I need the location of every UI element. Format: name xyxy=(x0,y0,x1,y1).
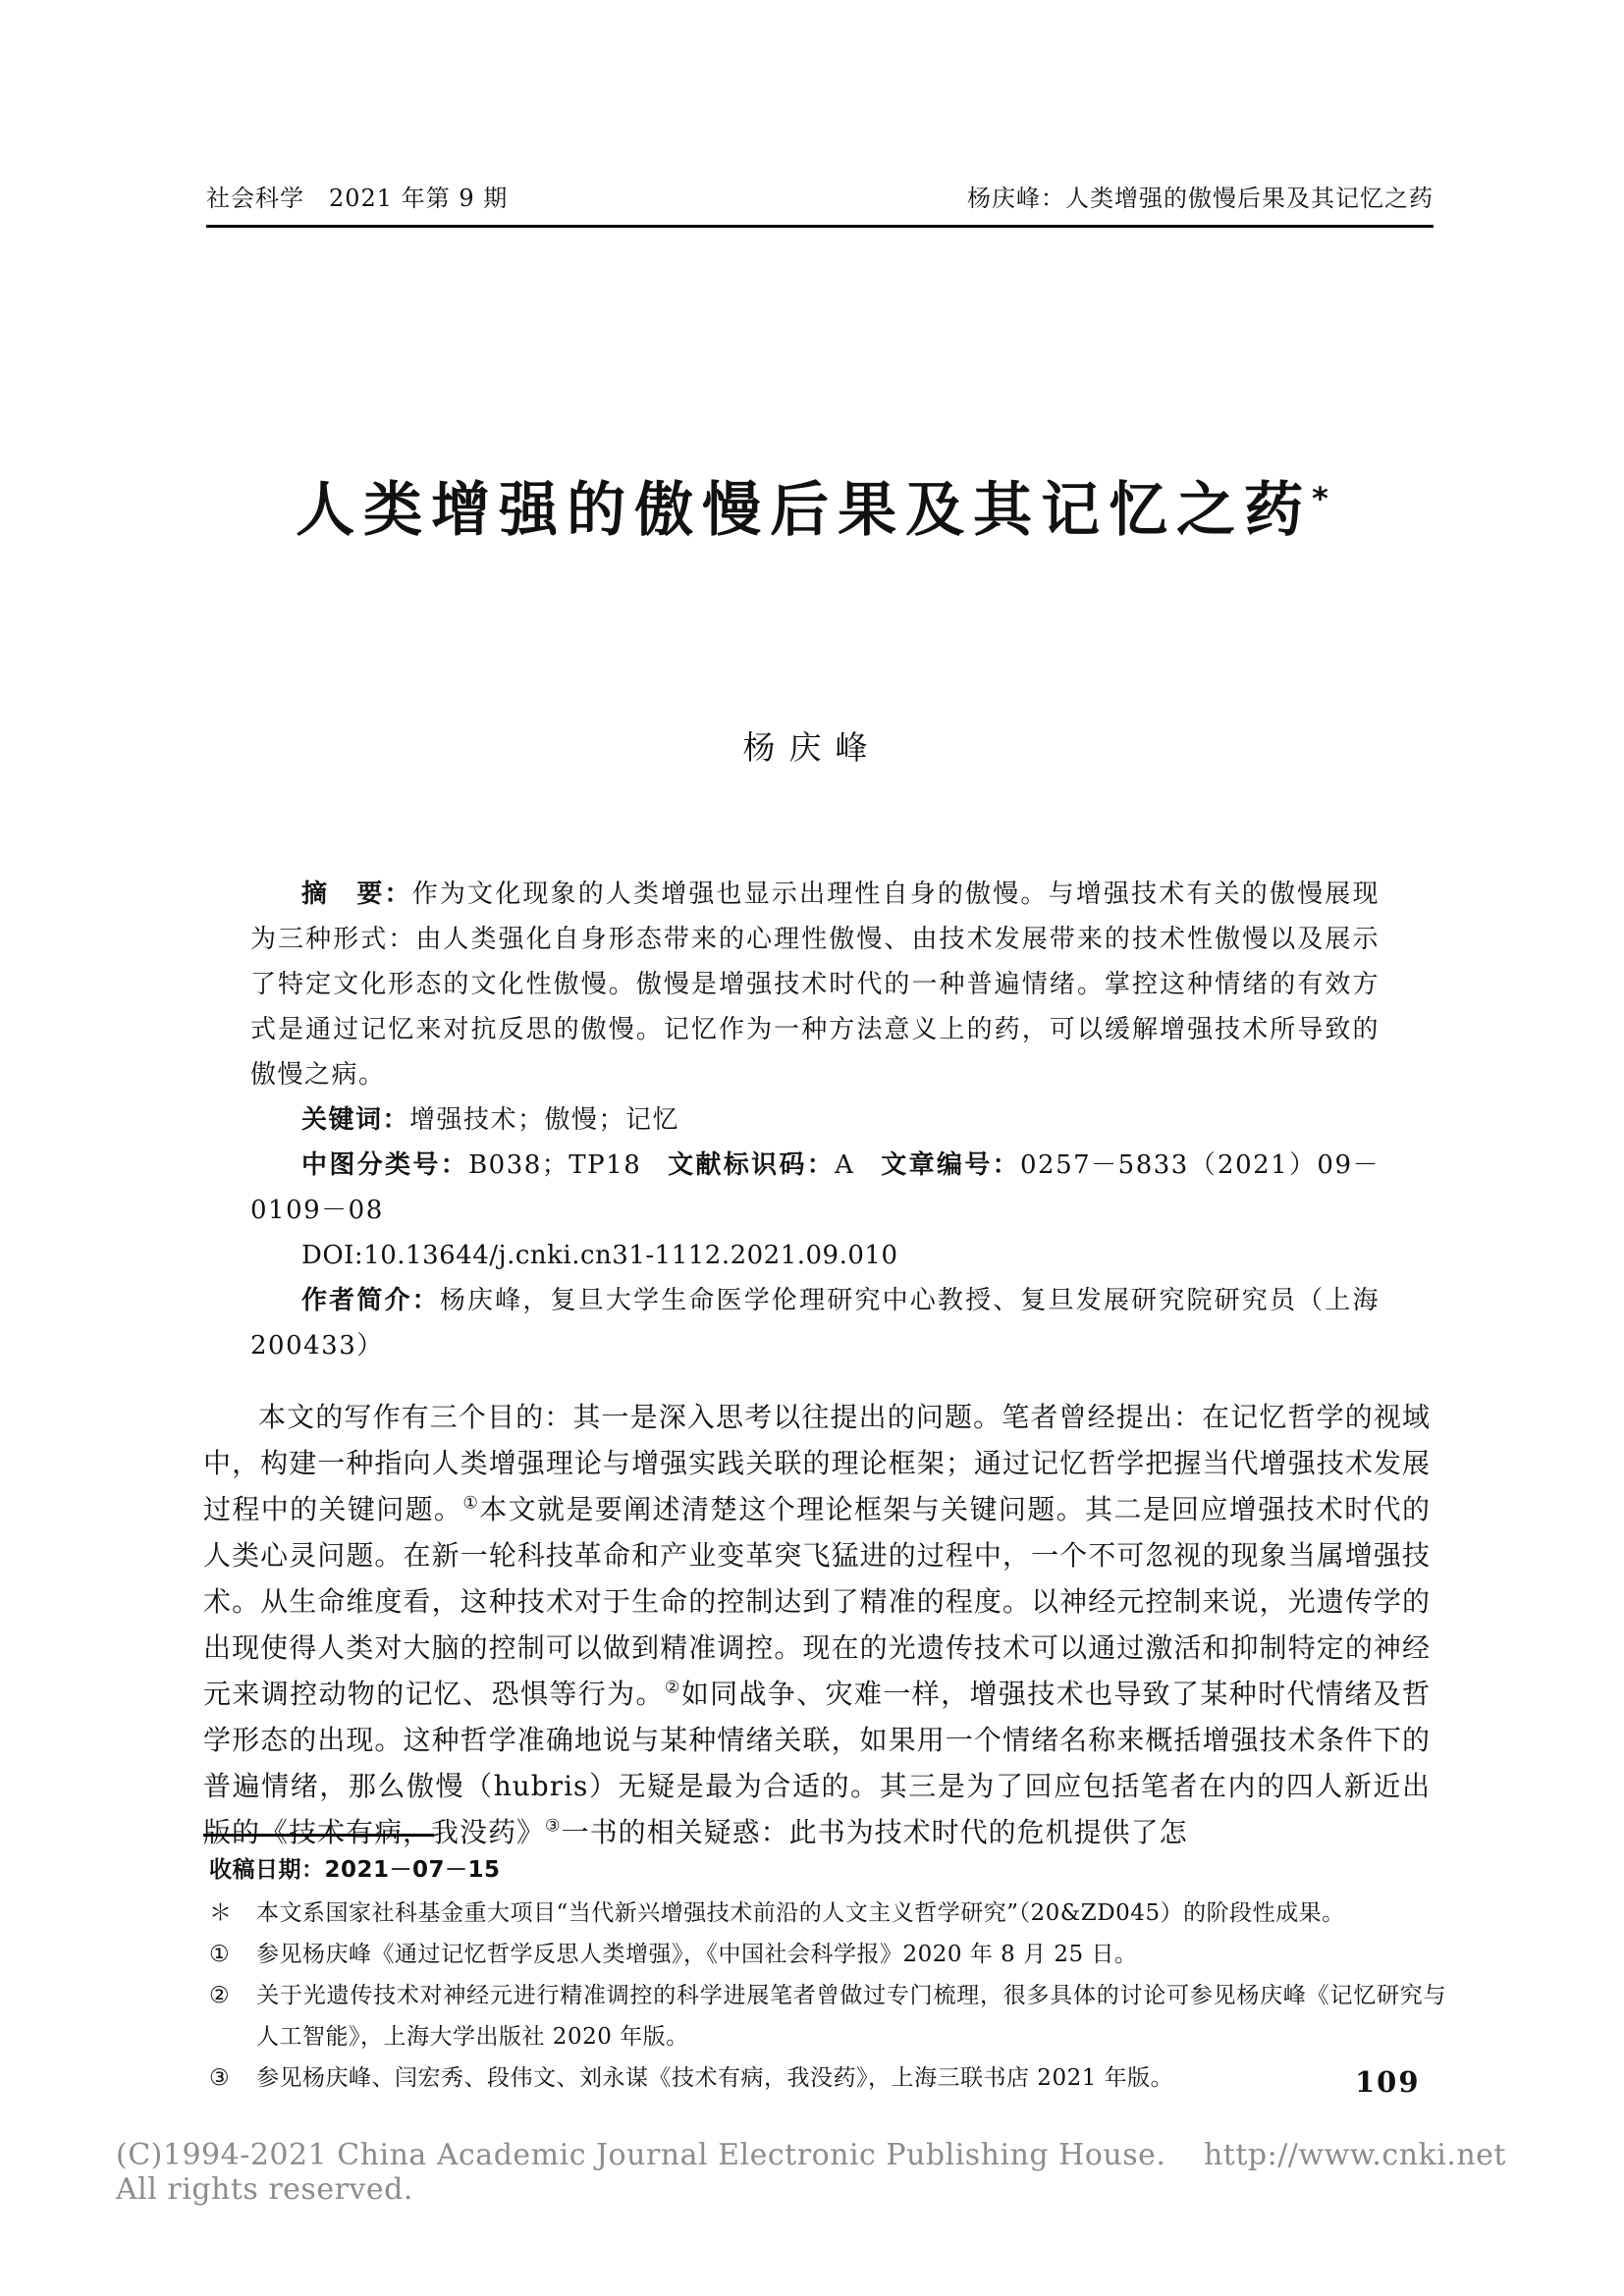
footnote-text: 参见杨庆峰《通过记忆哲学反思人类增强》，《中国社会科学报》2020 年 8 月 … xyxy=(256,1942,1138,1967)
doc-code-value: A xyxy=(835,1150,854,1180)
footnote-item: ②关于光遗传技术对神经元进行精准调控的科学进展笔者曾做过专门梳理，很多具体的讨论… xyxy=(209,1975,1446,2057)
cnki-url: http://www.cnki.net xyxy=(1204,2138,1506,2207)
footnote-ref-3: ③ xyxy=(545,1817,562,1837)
clc-label: 中图分类号： xyxy=(301,1150,468,1180)
running-head: 社会科学 2021 年第 9 期 杨庆峰：人类增强的傲慢后果及其记忆之药 xyxy=(206,179,1434,228)
doc-code-label: 文献标识码： xyxy=(667,1150,835,1180)
footnote-text: 本文系国家社科基金重大项目“当代新兴增强技术前沿的人文主义哲学研究”（20&ZD… xyxy=(256,1900,1345,1926)
footnote-ref-1: ① xyxy=(462,1494,479,1514)
footnote-separator xyxy=(203,1834,434,1837)
author-name: 杨庆峰 xyxy=(0,722,1624,769)
classification-line: 中图分类号：B038；TP18文献标识码：A文章编号：0257－5833（202… xyxy=(250,1143,1380,1233)
footnotes-block: 收稿日期：2021－07－15 ＊本文系国家社科基金重大项目“当代新兴增强技术前… xyxy=(209,1849,1446,2099)
abstract-paragraph: 摘 要：作为文化现象的人类增强也显示出理性自身的傲慢。与增强技术有关的傲慢展现为… xyxy=(250,872,1380,1097)
page-number: 109 xyxy=(1355,2065,1421,2099)
body-seg-4: 一书的相关疑惑：此书为技术时代的危机提供了怎 xyxy=(562,1816,1188,1848)
clc-value: B038；TP18 xyxy=(468,1150,641,1180)
footnote-item: ①参见杨庆峰《通过记忆哲学反思人类增强》，《中国社会科学报》2020 年 8 月… xyxy=(209,1934,1446,1975)
footnote-marker: ① xyxy=(209,1934,256,1975)
footnote-marker: ＊ xyxy=(209,1893,256,1934)
journal-issue-label: 社会科学 2021 年第 9 期 xyxy=(206,179,508,213)
article-no-label: 文章编号： xyxy=(880,1150,1020,1180)
keywords-text: 增强技术；傲慢；记忆 xyxy=(409,1105,679,1135)
received-date-value: 2021－07－15 xyxy=(325,1857,501,1883)
keywords-label: 关键词： xyxy=(301,1105,409,1135)
paper-title-text: 人类增强的傲慢后果及其记忆之药 xyxy=(296,476,1312,545)
footnote-ref-2: ② xyxy=(665,1679,681,1698)
keywords-line: 关键词：增强技术；傲慢；记忆 xyxy=(250,1097,1380,1143)
running-title: 杨庆峰：人类增强的傲慢后果及其记忆之药 xyxy=(967,179,1434,213)
footnote-text: 关于光遗传技术对神经元进行精准调控的科学进展笔者曾做过专门梳理，很多具体的讨论可… xyxy=(256,1983,1446,2050)
footnote-item: ③参见杨庆峰、闫宏秀、段伟文、刘永谋《技术有病，我没药》，上海三联书店 2021… xyxy=(209,2057,1446,2099)
cnki-watermark: (C)1994-2021 China Academic Journal Elec… xyxy=(116,2138,1506,2207)
body-text-block: 本文的写作有三个目的：其一是深入思考以往提出的问题。笔者曾经提出：在记忆哲学的视… xyxy=(203,1394,1431,1855)
paper-title: 人类增强的傲慢后果及其记忆之药* xyxy=(0,463,1624,548)
footnote-marker: ② xyxy=(209,1975,256,2016)
front-matter-block: 摘 要：作为文化现象的人类增强也显示出理性自身的傲慢。与增强技术有关的傲慢展现为… xyxy=(250,872,1380,1368)
footnote-text: 参见杨庆峰、闫宏秀、段伟文、刘永谋《技术有病，我没药》，上海三联书店 2021 … xyxy=(256,2065,1173,2091)
title-footnote-marker: * xyxy=(1312,480,1328,517)
doi-line: DOI:10.13644/j.cnki.cn31-1112.2021.09.01… xyxy=(250,1233,1380,1278)
footnote-marker: ③ xyxy=(209,2057,256,2099)
abstract-text: 作为文化现象的人类增强也显示出理性自身的傲慢。与增强技术有关的傲慢展现为三种形式… xyxy=(250,880,1380,1090)
received-date-label: 收稿日期： xyxy=(209,1857,325,1883)
bio-label: 作者简介： xyxy=(301,1286,440,1315)
body-paragraph: 本文的写作有三个目的：其一是深入思考以往提出的问题。笔者曾经提出：在记忆哲学的视… xyxy=(203,1394,1431,1855)
paper-page: 社会科学 2021 年第 9 期 杨庆峰：人类增强的傲慢后果及其记忆之药 人类增… xyxy=(0,0,1624,2296)
abstract-label: 摘 要： xyxy=(301,880,412,909)
footnote-item: ＊本文系国家社科基金重大项目“当代新兴增强技术前沿的人文主义哲学研究”（20&Z… xyxy=(209,1893,1446,1934)
author-bio-line: 作者简介：杨庆峰，复旦大学生命医学伦理研究中心教授、复旦发展研究院研究员（上海 … xyxy=(250,1278,1380,1368)
copyright-text: (C)1994-2021 China Academic Journal Elec… xyxy=(116,2138,1204,2207)
received-date-line: 收稿日期：2021－07－15 xyxy=(209,1849,1446,1891)
